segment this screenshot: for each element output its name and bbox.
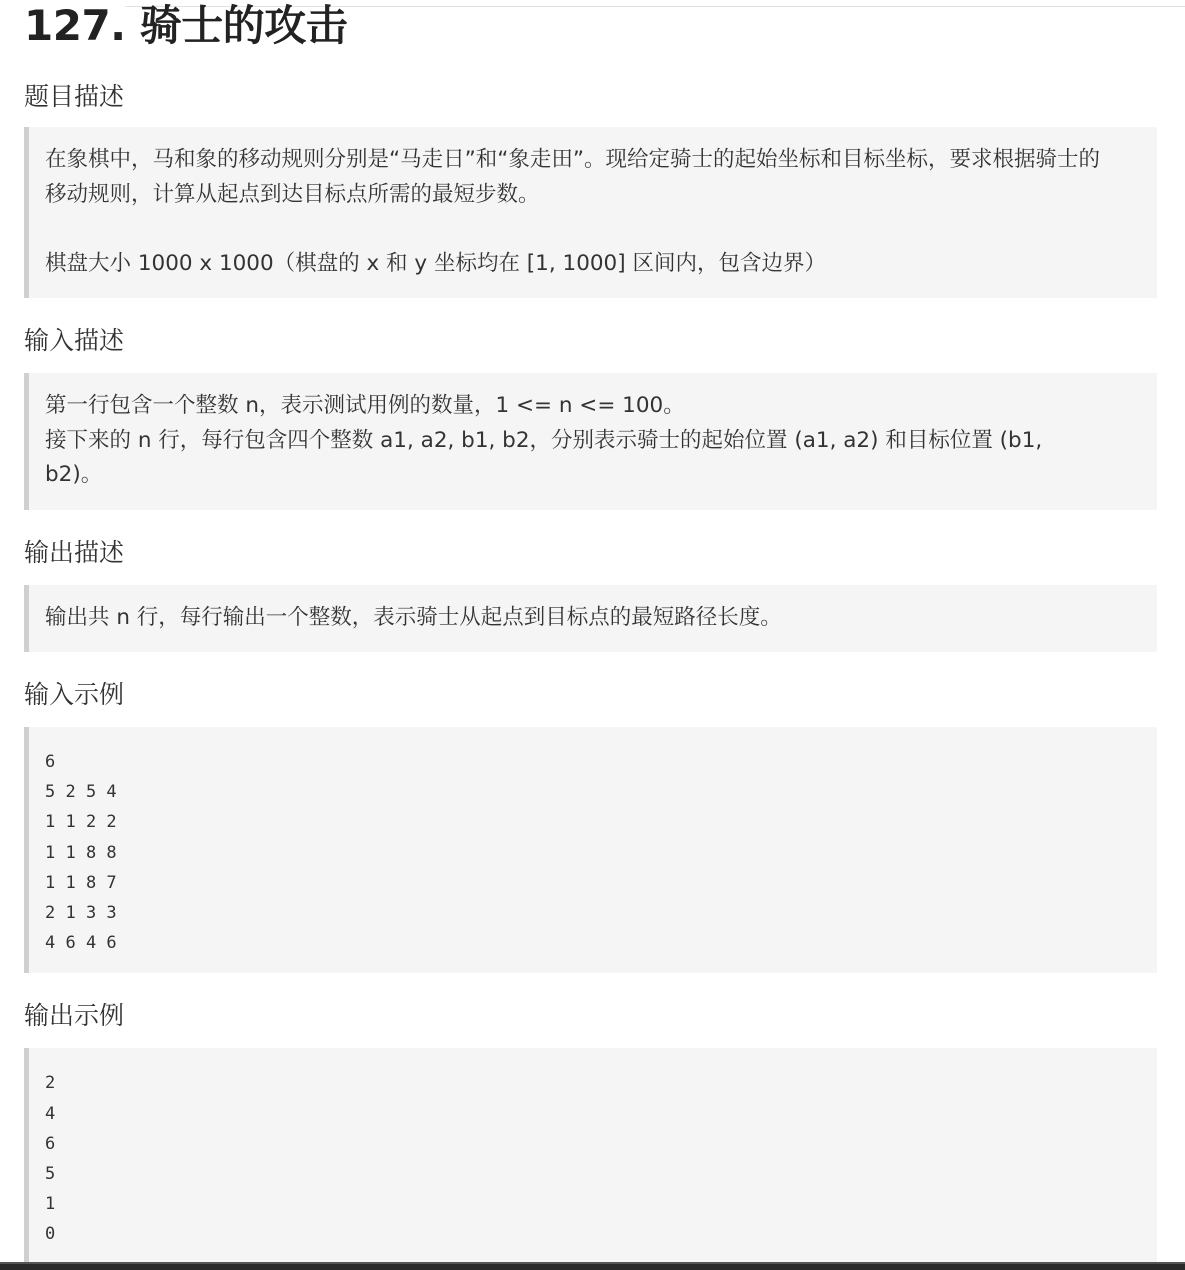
code-line: 6 (45, 747, 1141, 777)
input-example-heading: 输入示例 (24, 678, 1157, 712)
input-description-heading: 输入描述 (24, 324, 1157, 358)
code-line: 1 1 8 7 (45, 868, 1141, 898)
code-line: 4 6 4 6 (45, 928, 1141, 958)
code-line: 1 1 2 2 (45, 807, 1141, 837)
code-line: 4 (45, 1099, 1141, 1129)
input-example-code-block: 65 2 5 41 1 2 21 1 8 81 1 8 72 1 3 34 6 … (24, 727, 1157, 973)
input-description-line: 接下来的 n 行，每行包含四个整数 a1, a2, b1, b2，分别表示骑士的… (45, 424, 1137, 493)
output-description-box: 输出共 n 行，每行输出一个整数，表示骑士从起点到目标点的最短路径长度。 (24, 585, 1157, 653)
description-box: 在象棋中，马和象的移动规则分别是“马走日”和“象走田”。现给定骑士的起始坐标和目… (24, 127, 1157, 298)
code-line: 6 (45, 1129, 1141, 1159)
bottom-edge-bar (0, 1262, 1185, 1270)
code-line: 5 2 5 4 (45, 777, 1141, 807)
code-line: 1 (45, 1189, 1141, 1219)
description-heading: 题目描述 (24, 80, 1157, 114)
code-line: 2 (45, 1068, 1141, 1098)
code-line: 0 (45, 1219, 1141, 1249)
problem-page: 127. 骑士的攻击 题目描述 在象棋中，马和象的移动规则分别是“马走日”和“象… (24, 0, 1157, 1265)
description-paragraph: 在象棋中，马和象的移动规则分别是“马走日”和“象走田”。现给定骑士的起始坐标和目… (45, 143, 1137, 212)
code-line: 5 (45, 1159, 1141, 1189)
page-title: 127. 骑士的攻击 (24, 0, 1157, 50)
output-example-heading: 输出示例 (24, 999, 1157, 1033)
code-line: 2 1 3 3 (45, 898, 1141, 928)
code-line: 1 1 8 8 (45, 838, 1141, 868)
output-description-heading: 输出描述 (24, 536, 1157, 570)
output-description-text: 输出共 n 行，每行输出一个整数，表示骑士从起点到目标点的最短路径长度。 (45, 601, 1137, 636)
input-description-line: 第一行包含一个整数 n，表示测试用例的数量，1 <= n <= 100。 (45, 389, 1137, 424)
description-paragraph: 棋盘大小 1000 x 1000（棋盘的 x 和 y 坐标均在 [1, 1000… (45, 247, 1137, 282)
output-example-code-block: 246510 (24, 1048, 1157, 1264)
input-description-box: 第一行包含一个整数 n，表示测试用例的数量，1 <= n <= 100。 接下来… (24, 373, 1157, 510)
